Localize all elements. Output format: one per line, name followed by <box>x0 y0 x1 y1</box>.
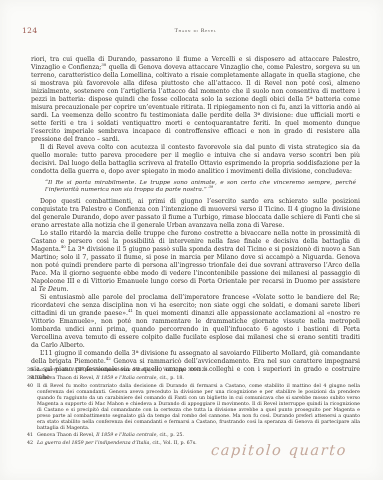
body-paragraph: Lo stallo ritardò la marcia delle truppe… <box>31 230 360 294</box>
text-segment: Il 1859 e l’Italia centrale <box>96 376 156 381</box>
body-text: riori, tra cui quella di Durando, passar… <box>31 56 360 382</box>
text-segment: La 3ª divisione il 5 giugno passò sulla … <box>31 246 360 293</box>
text-segment: Il di Revel aveva colto con acutezza il … <box>31 144 360 175</box>
footnote-number: 42 <box>27 441 37 447</box>
text-segment: Genova Thaon di Revel, <box>37 376 96 381</box>
footnote-number: 38 <box>27 368 37 374</box>
text-segment: Dopo questi combattimenti, ai primi di g… <box>31 198 360 229</box>
text-segment: Te Deum <box>39 286 67 293</box>
footnote-text: Genova Thaon di Revel, Il 1859 e l’Itali… <box>37 376 360 382</box>
text-segment: , cit., Vol. I, pp. 309-324. <box>149 368 209 373</box>
book-page: 124 Thaon di Revel riori, tra cui quella… <box>0 0 383 480</box>
text-segment: . <box>66 286 68 293</box>
footnote-number: 39 <box>27 376 37 382</box>
footnote: 38La guerra del 1859 per l’indipendenza … <box>27 368 360 374</box>
text-segment: La guerra del 1859 per l’indipendenza d’… <box>37 441 149 446</box>
body-paragraph: Il di Revel aveva colto con acutezza il … <box>31 144 360 176</box>
text-segment: quella di Genova doveva attaccare Vinzag… <box>31 64 360 143</box>
body-paragraph: Dopo questi combattimenti, ai primi di g… <box>31 198 360 230</box>
text-segment: La guerra del 1859 per l’indipendenza d’… <box>37 368 149 373</box>
text-segment: “Il Re si porta mirabilmente. Le truppe … <box>45 180 356 193</box>
body-paragraph: riori, tra cui quella di Durando, passar… <box>31 56 360 144</box>
footnote-text: La guerra del 1859 per l’indipendenza d’… <box>37 368 360 374</box>
block-quote: “Il Re si porta mirabilmente. Le truppe … <box>45 180 356 195</box>
text-segment: Il di Revel fu molto contrariato dalla d… <box>37 384 360 431</box>
footnote-number: 41 <box>27 433 37 439</box>
footnote-text: Genova Thaon di Revel, Il 1859 e l’Itali… <box>37 433 360 439</box>
footnotes: 38La guerra del 1859 per l’indipendenza … <box>27 368 360 449</box>
text-segment: , cit., p. 18. <box>156 376 184 381</box>
running-head: Thaon di Revel <box>31 28 360 34</box>
footnote-text: Il di Revel fu molto contrariato dalla d… <box>37 384 360 432</box>
body-paragraph: Si entusiasmò alle parole del proclama d… <box>31 294 360 350</box>
text-segment: , cit., Vol. II, p. 67s. <box>149 441 196 446</box>
footnote: 39Genova Thaon di Revel, Il 1859 e l’Ita… <box>27 376 360 382</box>
footnote-marker: 39 <box>209 185 214 189</box>
text-segment: Genova Thaon di Revel, <box>37 433 96 438</box>
footnote: 41Genova Thaon di Revel, Il 1859 e l’Ita… <box>27 433 360 439</box>
text-segment: , cit., p. 25. <box>156 433 184 438</box>
footnote-number: 40 <box>27 384 37 432</box>
text-segment: Il 1859 e l’Italia centrale <box>96 433 156 438</box>
footnote: 40Il di Revel fu molto contrariato dalla… <box>27 384 360 432</box>
chapter-footer: capitolo quarto <box>210 443 347 459</box>
